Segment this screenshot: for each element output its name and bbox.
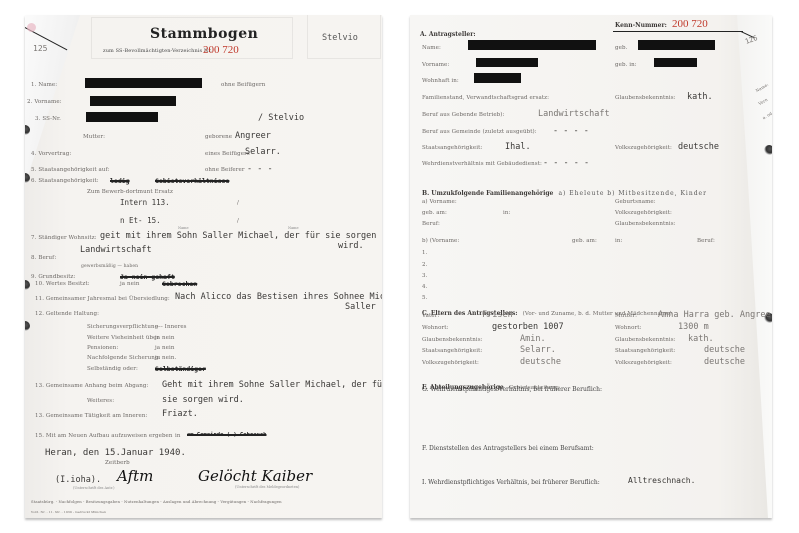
mother-citizenship-value: deutsche: [704, 345, 745, 355]
field-5-label: 5. Staatsangehörigkeit auf:: [31, 167, 110, 173]
father-value: Frisen: [482, 310, 513, 320]
father-citizenship-value: Selarr.: [520, 345, 556, 355]
field-11-value-cont: Saller: [345, 302, 376, 312]
field-15-struck: am Gemeinde ( ) Gebrauch: [187, 432, 266, 438]
spouse-ethnicity-label: Volkszugehörigkeit:: [615, 210, 672, 216]
mother-label: Mutter:: [83, 134, 105, 140]
mother-ethnicity-value: deutsche: [704, 357, 745, 367]
field-4-label: 4. Vorvertrag:: [31, 151, 71, 157]
father-citizenship-label: Staatsangehörigkeit:: [422, 348, 482, 354]
field-6-label: 6. Staatsangehörigkeit:: [31, 178, 99, 184]
family-status-label: Familienstand, Verwandtschaftsgrad ersat…: [422, 95, 549, 101]
stammbogen-left-page: 125 Stammbogen zum SS-Bevollmächtigten-V…: [25, 15, 382, 518]
ethnicity-value: deutsche: [678, 142, 719, 152]
field-14-label: 13. Gemeinsame Tätigkeit am Inneren:: [35, 413, 147, 419]
field-6-line-b: n Et- 15.: [120, 216, 161, 225]
spouse-firstname-label: a) Vorname:: [422, 199, 457, 205]
children-in-label: in:: [615, 238, 622, 244]
residence-label: Wohnhaft in:: [422, 78, 459, 84]
born-value: Angreer: [235, 131, 271, 141]
religion-label: Glaubensbekenntnis:: [615, 95, 676, 101]
field-13-sub-label: Weiteres:: [87, 398, 114, 404]
children-occupation-label: Beruf:: [697, 238, 715, 244]
mother-label: Mutter:: [615, 313, 637, 319]
field-11-value: Nach Alicco das Bestisen ihres Sohnee Mi…: [175, 292, 382, 302]
last-occupation-label: Beruf aus Gemeinde (zuletzt ausgeübt):: [422, 129, 537, 135]
field-10-value: ja nein: [120, 281, 140, 287]
father-residence-label: Wohnort:: [422, 325, 448, 331]
father-ethnicity-label: Volkszugehörigkeit:: [422, 360, 479, 366]
field-12-row-2-value: ja nein: [155, 335, 175, 341]
spouse-maidenname-label: Geburtsname:: [615, 199, 656, 205]
field-4-right-label: eines Beifügers: [205, 151, 250, 157]
field-3-label: 3. SS-Nr.: [35, 116, 61, 122]
field-8-label: 8. Beruf:: [31, 255, 56, 261]
spouse-religion-label: Glaubensbekenntnis:: [615, 221, 676, 227]
citizenship-label: Staatsangehörigkeit:: [422, 145, 482, 151]
redacted-firstname: [476, 58, 538, 67]
footer-small: Vord. Nr. - 11. Str. - 1939 - Gedruckt M…: [31, 510, 106, 514]
field-12-row-2-label: Weitere Vieheinheit über: [87, 335, 159, 341]
field-6-line-a: Intern 113.: [120, 198, 170, 207]
field-14-value: Friazt.: [162, 409, 198, 419]
punch-hole: [25, 173, 30, 183]
occupation-value: Landwirtschaft: [538, 109, 610, 119]
field-15-value: in: [175, 433, 181, 439]
mother-citizenship-label: Staatsangehörigkeit:: [615, 348, 675, 354]
register-number: 200 720: [672, 18, 708, 30]
occupation-label: Beruf aus Gebende Betrieb):: [422, 112, 505, 118]
redacted-name: [468, 40, 596, 50]
number-label: Kenn-Nummer:: [615, 22, 667, 29]
field-6-struck-1: ledig: [110, 177, 130, 185]
signer-left: (I.ioha).: [55, 475, 101, 485]
redacted-firstname: [90, 96, 176, 106]
section-f-heading: F. Dienststellen des Antragstellers bei …: [422, 445, 594, 452]
number-underline: [613, 31, 743, 32]
field-9-label: 9. Grundbesitz:: [31, 274, 75, 280]
subtitle: zum SS-Bevollmächtigten-Verzeichnis Nr.: [103, 48, 212, 54]
field-6-struck-2: Gebietsverhältnisse: [155, 177, 229, 185]
child-row: 1.: [422, 250, 427, 256]
father-religion-label: Glaubensbekenntnis:: [422, 337, 483, 343]
field-7-hint-2: Name: [288, 226, 299, 230]
child-row: 4.: [422, 284, 427, 290]
section-g-value: Alltreschnach.: [628, 476, 695, 485]
father-residence-value: gestorben 1007: [492, 322, 564, 332]
punch-hole: [25, 280, 30, 290]
field-3-value: / Stelvio: [258, 113, 304, 123]
mother-value: Amna Harra geb. Angreer: [658, 310, 772, 320]
firstname-label: Vorname:: [422, 62, 449, 68]
corner-number: 125: [33, 44, 47, 53]
section-g-heading: I. Wehrdienstpflichtiges Verhältnis, bei…: [422, 479, 600, 486]
spouse-occupation-label: Beruf:: [422, 221, 440, 227]
citizenship-value: Ihal.: [505, 142, 531, 152]
father-religion-value: Amin.: [520, 334, 546, 344]
mother-residence-value: 1300 m: [678, 322, 709, 332]
field-2-label: 2. Vorname:: [27, 99, 62, 105]
field-12-row-4-label: Nachfolgende Sicherung:: [87, 355, 160, 361]
place-date-sub: Zeitberb: [105, 460, 130, 466]
mother-residence-label: Wohnort:: [615, 325, 641, 331]
field-5-value: - - -: [247, 164, 273, 174]
slash-b: /: [237, 218, 239, 224]
field-12-row-5-struck: Selbständiger: [155, 365, 206, 373]
mother-religion-label: Glaubensbekenntnis:: [615, 337, 676, 343]
mother-ethnicity-label: Volkszugehörigkeit:: [615, 360, 672, 366]
field-12-row-3-label: Pensionen:: [87, 345, 118, 351]
field-5-right-label: ohne Beiferer: [205, 167, 245, 173]
field-10-label: 10. Wertes Besitzt:: [35, 281, 90, 287]
redacted-ssnr: [86, 112, 158, 122]
children-born-label: geb. am:: [572, 238, 597, 244]
field-7-label: 7. Ständiger Wohnsitz:: [31, 235, 97, 241]
folded-corner: [722, 15, 772, 518]
spouse-in-label: in:: [503, 210, 510, 216]
slash-a: /: [237, 200, 239, 206]
page-title: Stammbogen: [150, 26, 258, 42]
signature-right: Gelöcht Kaiber: [198, 467, 312, 485]
redacted-birthplace: [654, 58, 697, 67]
field-1-right-label: ohne Beifügern: [221, 82, 265, 88]
field-12-row-5-label: Selbständig oder:: [87, 366, 138, 372]
last-occupation-value: - - - -: [553, 126, 589, 136]
mother-religion-value: kath.: [688, 334, 714, 344]
field-8-value: Landwirtschaft: [80, 245, 152, 255]
father-label: Vater:: [422, 313, 439, 319]
place-date: Heran, den 15.Januar 1940.: [45, 448, 186, 458]
register-number: 200 720: [203, 44, 239, 56]
section-b-heading: B. Umzukfolgende Familienangehörige a) E…: [422, 180, 707, 199]
field-13-value-cont: sie sorgen wird.: [162, 395, 244, 405]
field-12-row-4-value: ja nein.: [155, 355, 176, 361]
children-firstname-label: b) (Vorname:: [422, 238, 459, 244]
field-13-label: 13. Gemeinsame Anhang beim Abgang:: [35, 383, 149, 389]
military-label: Wehrdienstverhältnis mit Gebäudedienst:: [422, 161, 542, 167]
signature-left: Aftm: [117, 467, 153, 485]
field-12-row-1-label: Sicherungsverpflichtung: [87, 324, 158, 330]
footer-line: Staatsbürg. - Nachfolgen - Besitzungsgab…: [31, 499, 282, 504]
child-row: 2.: [422, 262, 427, 268]
punch-hole: [764, 145, 772, 155]
field-11-label: 11. Gemeinsamer Jahresmal bei Übersiedlu…: [35, 296, 170, 302]
field-12-label: 12. Geltende Haltung:: [35, 311, 99, 317]
location-value: Stelvio: [322, 33, 358, 43]
section-e-heading: G. Wehrdienstpflichtiges Verhältnis, bei…: [422, 386, 602, 393]
signer-left-caption: (Unterschrift des Antr.): [73, 486, 115, 490]
redacted-residence: [474, 73, 521, 83]
name-label: Name:: [422, 45, 441, 51]
ethnicity-label: Volkszugehörigkeit:: [615, 145, 672, 151]
field-4-value: Selarr.: [245, 147, 281, 157]
signer-right-caption: (Unterschrift des Meldegeordneten): [235, 485, 299, 489]
field-15-label: 15. Mit am Neuen Aufbau aufzuweisen erge…: [35, 433, 173, 439]
punch-hole: [25, 321, 30, 331]
redacted-birthdate: [638, 40, 715, 50]
field-13-value: Geht mit ihrem Sohne Saller Michael, der…: [162, 380, 382, 390]
stammbogen-right-page: A. Antragsteller: Kenn-Nummer: 200 720 1…: [410, 15, 772, 518]
child-row: 3.: [422, 273, 427, 279]
stamp-mark: [27, 23, 36, 32]
religion-value: kath.: [687, 92, 713, 102]
field-7-hint-1: Name: [178, 226, 189, 230]
field-12-row-3-value: ja nein: [155, 345, 175, 351]
field-10-struck: Gebrochen: [162, 280, 197, 288]
field-7-value-cont: wird.: [338, 241, 364, 251]
spouse-born-label: geb. am:: [422, 210, 447, 216]
father-ethnicity-value: deutsche: [520, 357, 561, 367]
field-12-row-1-value: ---- Inneres: [155, 324, 187, 330]
field-6-sub-label: Zum Bewerb-dortmunt Ersatz: [87, 189, 173, 195]
section-a-heading: A. Antragsteller:: [420, 21, 476, 40]
field-8-sub: gewerbsmäßig — haben: [81, 264, 138, 269]
born-label: geborene: [205, 134, 232, 140]
field-7-value: geit mit ihrem Sohn Saller Michael, der …: [100, 231, 376, 241]
born-label: geb.: [615, 45, 627, 51]
military-value: - - - - -: [543, 158, 589, 168]
birthplace-label: geb. in:: [615, 62, 637, 68]
field-1-label: 1. Name:: [31, 82, 57, 88]
redacted-name: [85, 78, 202, 88]
